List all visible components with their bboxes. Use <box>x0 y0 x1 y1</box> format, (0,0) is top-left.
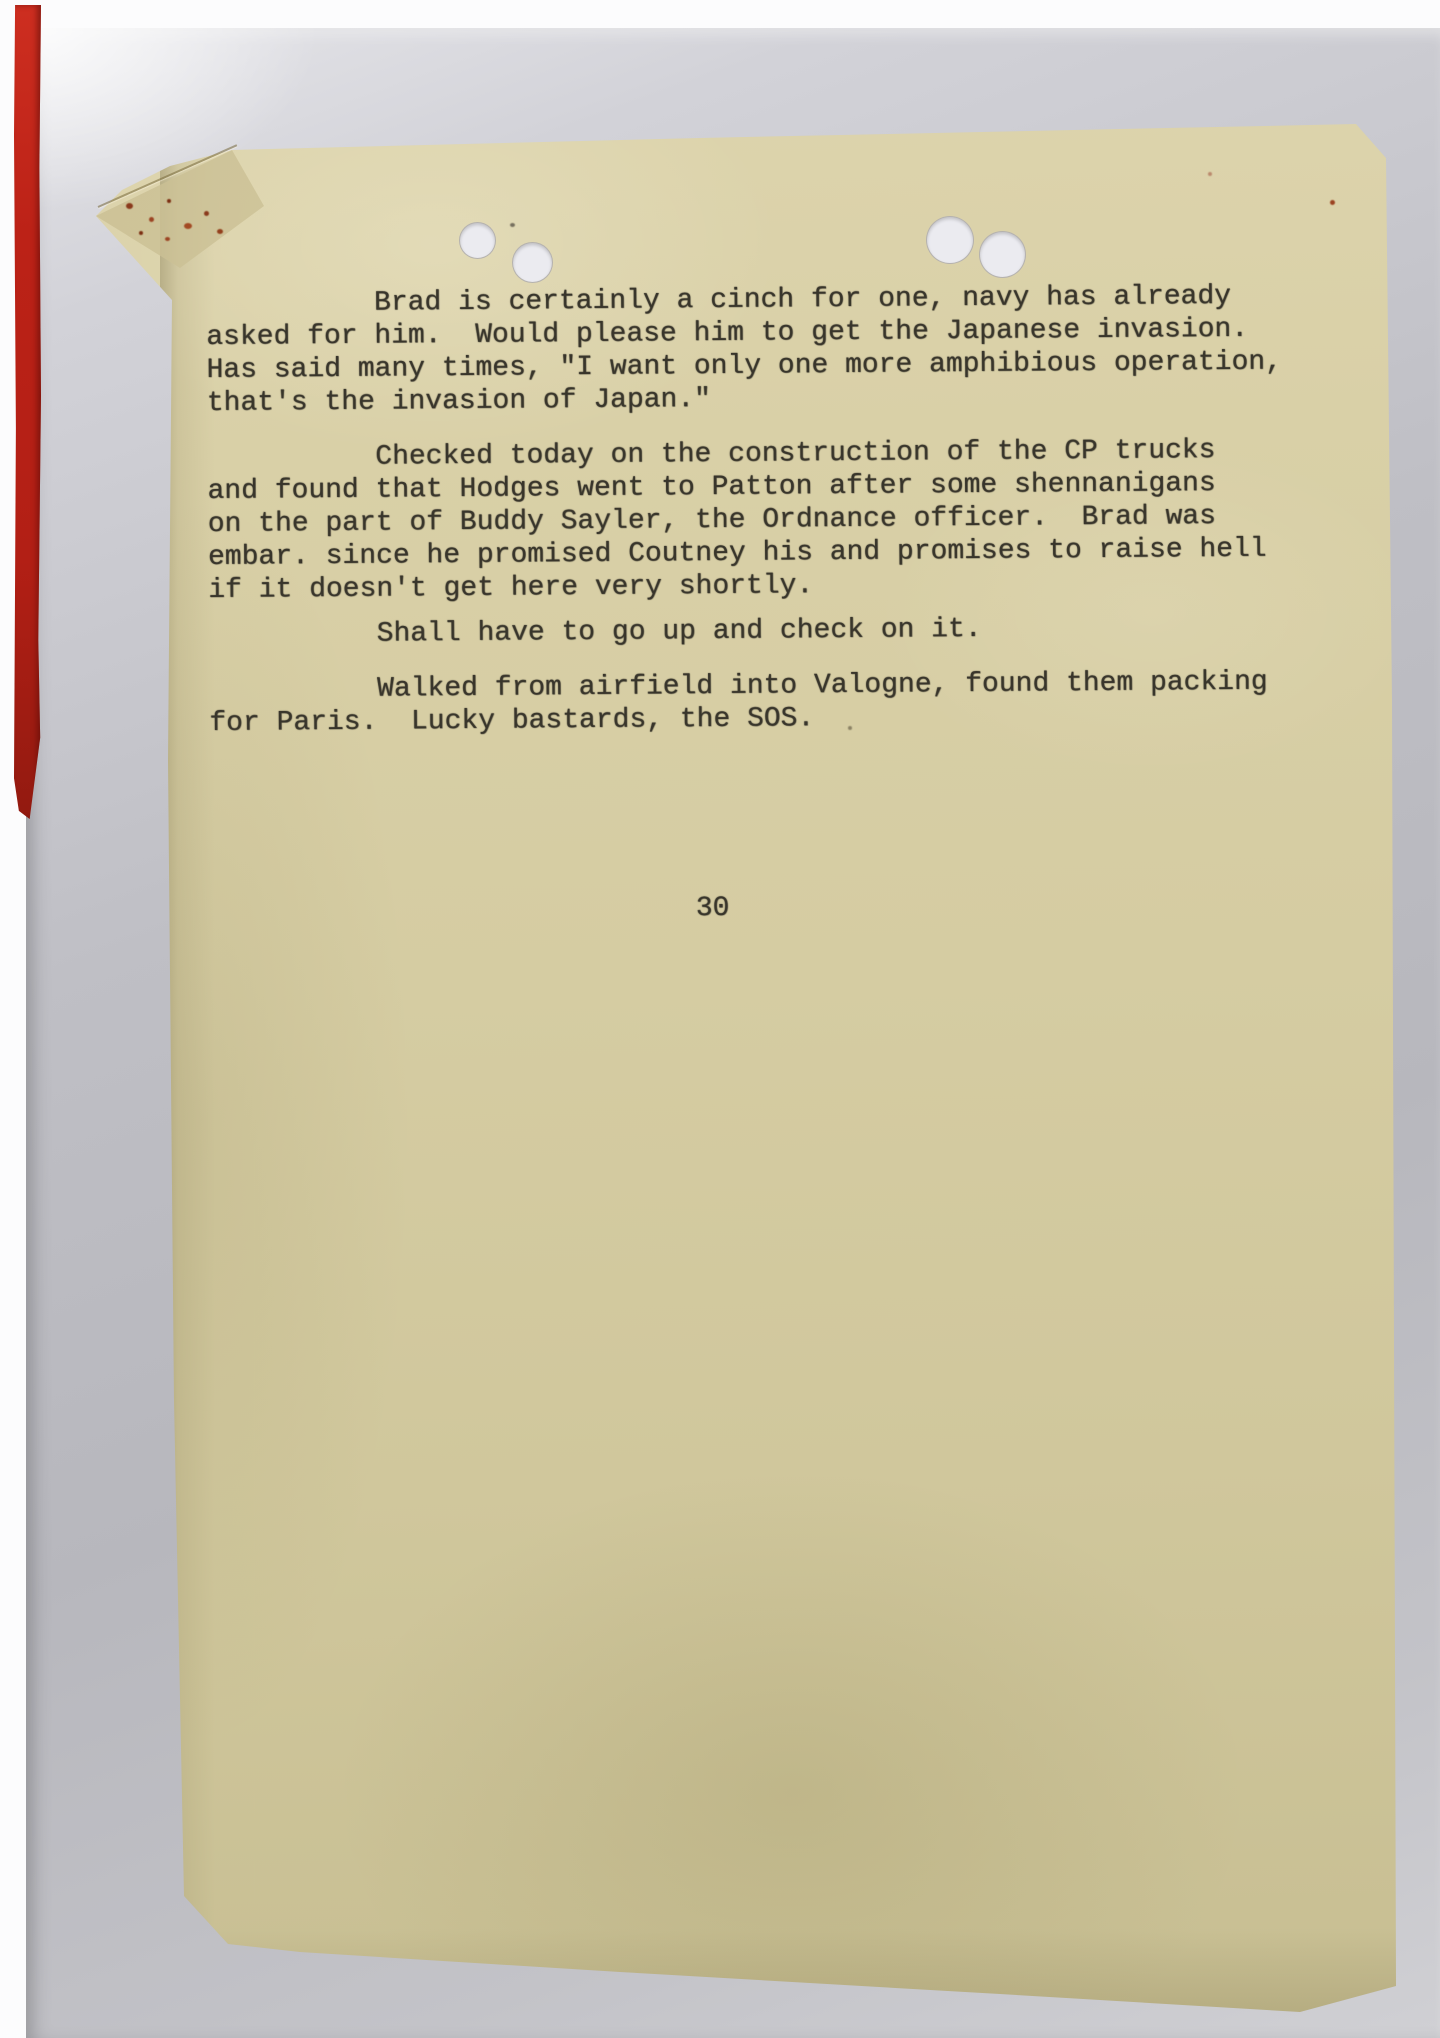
ink-stain <box>126 203 133 209</box>
typewritten-paragraph: Brad is certainly a cinch for one, navy … <box>206 280 1282 420</box>
typewritten-paragraph: Checked today on the construction of the… <box>207 434 1267 607</box>
page-number: 30 <box>696 892 730 925</box>
ink-stain <box>167 199 171 203</box>
typewritten-paragraph: Shall have to go up and check on it. <box>209 613 982 652</box>
red-ribbon-icon <box>14 5 41 819</box>
scanned-document-page: Brad is certainly a cinch for one, navy … <box>0 0 1440 2038</box>
ink-stain <box>139 231 143 235</box>
ink-stain <box>149 217 154 222</box>
typewritten-paragraph: Walked from airfield into Valogne, found… <box>209 666 1268 740</box>
ink-stain <box>184 223 192 229</box>
typewritten-text: Brad is certainly a cinch for one, navy … <box>204 0 1415 2038</box>
ink-stain <box>165 237 170 241</box>
